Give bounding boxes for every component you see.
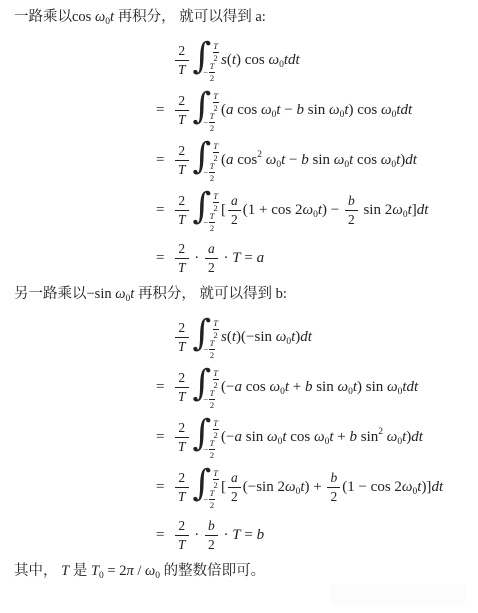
fraction-numerator: T	[209, 339, 216, 349]
cjk-text: 再积分， 就可以得到	[114, 9, 255, 25]
integral-lower-limit: −T2	[203, 339, 219, 359]
fraction: T2	[209, 112, 216, 132]
math-italic: T	[91, 563, 99, 579]
math-italic: ω	[314, 429, 325, 446]
equation-line-a3: =2T∫T2−T2(a cos2 ω0t − b sin ω0t cos ω0t…	[156, 138, 478, 182]
fraction-numerator: 2	[175, 44, 188, 60]
integral-upper-limit: T2	[212, 364, 219, 389]
subscript: 0	[276, 160, 281, 170]
fraction: T2	[212, 142, 219, 162]
fraction-numerator: 2	[175, 194, 188, 210]
math-italic: ω	[95, 9, 105, 25]
equals-sign: =	[156, 102, 173, 119]
fraction-denominator: T	[175, 258, 189, 275]
math-italic: ω	[115, 286, 125, 302]
equation-line-b4: =2T∫T2−T2[a2(−sin 2ω0t) + b2(1 − cos 2ω0…	[156, 465, 478, 509]
math-italic: ω	[267, 429, 278, 446]
math-italic: T	[232, 527, 240, 544]
cjk-text: 其中，	[14, 563, 61, 579]
fraction-numerator: T	[212, 419, 219, 429]
cjk-text: 的整数倍即可。	[160, 563, 265, 579]
integral-upper-limit: T2	[212, 87, 219, 112]
integral-limits: T2−T2	[208, 313, 219, 361]
math-italic: dt	[417, 202, 429, 219]
integral-lower-limit: −T2	[203, 389, 219, 409]
math-roman: ) +	[305, 479, 326, 496]
math-roman: sin	[357, 429, 378, 446]
fraction: T2	[209, 212, 216, 232]
fraction-numerator: 2	[175, 421, 188, 437]
integral-lower-limit: −T2	[203, 162, 219, 182]
integral: ∫T2−T2	[193, 36, 220, 84]
math-italic: b	[297, 102, 305, 119]
math-italic: dt	[411, 429, 423, 446]
math-italic: tdt	[396, 102, 412, 119]
integral-upper-limit: T2	[212, 37, 219, 62]
math-roman: (−sin 2	[243, 479, 285, 496]
math-roman: +	[334, 429, 350, 446]
integral: ∫T2−T2	[193, 186, 220, 234]
minus-sign: −	[203, 217, 208, 227]
equals-sign: =	[156, 202, 173, 219]
subscript: 0	[348, 387, 353, 397]
fraction-numerator: T	[212, 142, 219, 152]
fraction-denominator: 2	[209, 122, 215, 133]
integral: ∫T2−T2	[193, 313, 220, 361]
math-roman: sin	[312, 379, 337, 396]
cjk-text: 另一路乘以	[14, 286, 87, 302]
fraction: T2	[209, 439, 216, 459]
fraction-denominator: 2	[228, 487, 241, 504]
fraction-denominator: T	[175, 437, 189, 454]
fraction: 2T	[175, 471, 189, 503]
subscript: 0	[344, 160, 349, 170]
watermark-box	[330, 584, 466, 605]
math-roman: ) cos	[349, 102, 382, 119]
fraction: 2T	[175, 94, 189, 126]
fraction-denominator: T	[175, 160, 189, 177]
equation-line-b1: 2T∫T2−T2s(t)(−sin ω0t)dt	[156, 315, 478, 359]
math-italic: ω	[381, 152, 392, 169]
integral-upper-limit: T2	[212, 414, 219, 439]
fraction-numerator: T	[209, 439, 216, 449]
subscript: 0	[296, 487, 301, 497]
math-italic: dt	[431, 479, 443, 496]
fraction: T2	[212, 319, 219, 339]
integral-limits: T2−T2	[208, 86, 219, 134]
integral-upper-limit: T2	[212, 314, 219, 339]
math-italic: dt	[300, 329, 312, 346]
math-italic: ω	[387, 429, 398, 446]
math-italic: ω	[276, 329, 287, 346]
fraction-numerator: T	[209, 112, 216, 122]
math-italic: ω	[269, 52, 280, 69]
cjk-text: 再积分， 就可以得到	[134, 286, 275, 302]
math-roman: ) cos	[236, 52, 269, 69]
fraction: T2	[212, 42, 219, 62]
fraction: a2	[228, 471, 241, 503]
fraction: a2	[205, 242, 218, 274]
math-italic: ω	[334, 152, 345, 169]
math-roman: cos	[72, 9, 95, 25]
fraction-denominator: 2	[209, 399, 215, 410]
equation-line-a5: =2T · a2 · T = a	[156, 238, 478, 278]
math-roman: cos	[234, 102, 262, 119]
math-roman: = 2	[104, 563, 127, 579]
fraction-denominator: T	[175, 487, 189, 504]
integral-lower-limit: −T2	[203, 62, 219, 82]
fraction: 2T	[175, 194, 189, 226]
fraction-numerator: T	[209, 162, 216, 172]
math-roman: =	[241, 250, 257, 267]
paragraph-intro-a: 一路乘以cos ω0t 再积分， 就可以得到 a:	[14, 7, 478, 32]
fraction-denominator: T	[175, 337, 189, 354]
subscript: 0	[413, 487, 418, 497]
fraction-denominator: 2	[209, 72, 215, 83]
math-italic: ω	[329, 102, 340, 119]
math-roman: cos	[287, 429, 315, 446]
subscript: 0	[392, 110, 397, 120]
math-italic: a	[234, 379, 242, 396]
fraction-numerator: 2	[175, 371, 188, 387]
fraction-numerator: T	[212, 469, 219, 479]
integral-lower-limit: −T2	[203, 212, 219, 232]
math-roman: ·	[220, 250, 233, 267]
math-italic: ω	[302, 202, 313, 219]
subscript: 0	[286, 337, 291, 347]
math-roman: −sin	[87, 286, 116, 302]
fraction-denominator: 2	[209, 499, 215, 510]
integral-limits: T2−T2	[208, 413, 219, 461]
equation-line-a2: =2T∫T2−T2(a cos ω0t − b sin ω0t) cos ω0t…	[156, 88, 478, 132]
integral-upper-limit: T2	[212, 187, 219, 212]
subscript: 0	[397, 437, 402, 447]
math-italic: ω	[269, 379, 280, 396]
fraction-numerator: a	[228, 471, 241, 487]
math-italic: ω	[261, 102, 272, 119]
superscript: 2	[378, 427, 383, 437]
fraction: 2T	[175, 519, 189, 551]
math-italic: dt	[405, 152, 417, 169]
fraction: T2	[209, 62, 216, 82]
subscript: 0	[279, 60, 284, 70]
equation-line-b3: =2T∫T2−T2(−a sin ω0t cos ω0t + b sin2 ω0…	[156, 415, 478, 459]
fraction-denominator: T	[175, 535, 189, 552]
fraction: T2	[209, 339, 216, 359]
superscript: 2	[257, 150, 262, 160]
fraction: b2	[327, 471, 340, 503]
subscript: 0	[403, 210, 408, 220]
equals-sign: =	[156, 250, 173, 267]
equals-sign: =	[156, 429, 173, 446]
math-roman: cos	[353, 152, 381, 169]
math-italic: a	[234, 429, 242, 446]
math-roman: −	[285, 152, 301, 169]
fraction: T2	[209, 162, 216, 182]
fraction-numerator: T	[209, 389, 216, 399]
math-roman: a:	[255, 9, 265, 25]
math-italic: π	[126, 563, 133, 579]
fraction: T2	[212, 419, 219, 439]
math-roman: =	[241, 527, 257, 544]
fraction-denominator: 2	[327, 487, 340, 504]
fraction: T2	[209, 489, 216, 509]
math-italic: tdt	[402, 379, 418, 396]
fraction-numerator: 2	[175, 519, 188, 535]
fraction-numerator: 2	[175, 144, 188, 160]
minus-sign: −	[203, 394, 208, 404]
math-roman: (−	[221, 379, 234, 396]
subscript: 0	[278, 437, 283, 447]
fraction-numerator: T	[212, 319, 219, 329]
math-roman: +	[289, 379, 305, 396]
equals-sign: =	[156, 379, 173, 396]
fraction: 2T	[175, 421, 189, 453]
math-italic: ω	[145, 563, 155, 579]
fraction-numerator: T	[212, 42, 219, 52]
integral-lower-limit: −T2	[203, 489, 219, 509]
math-italic: b	[257, 527, 265, 544]
minus-sign: −	[203, 117, 208, 127]
minus-sign: −	[203, 494, 208, 504]
fraction-numerator: 2	[175, 471, 188, 487]
integral-limits: T2−T2	[208, 186, 219, 234]
integral-limits: T2−T2	[208, 463, 219, 511]
equation-block-a: 2T∫T2−T2s(t) cos ω0tdt =2T∫T2−T2(a cos ω…	[156, 38, 478, 278]
fraction-numerator: b	[327, 471, 340, 487]
math-italic: ω	[402, 479, 413, 496]
math-roman: (−	[221, 429, 234, 446]
fraction: 2T	[175, 144, 189, 176]
math-roman: sin	[309, 152, 334, 169]
subscript: 0	[391, 160, 396, 170]
equation-line-a4: =2T∫T2−T2[a2(1 + cos 2ω0t) − b2 sin 2ω0t…	[156, 188, 478, 232]
math-roman: cos	[242, 379, 270, 396]
fraction-numerator: b	[345, 194, 358, 210]
fraction-denominator: 2	[209, 349, 215, 360]
subscript: 0	[272, 110, 277, 120]
math-italic: ω	[387, 379, 398, 396]
math-italic: ω	[337, 379, 348, 396]
integral: ∫T2−T2	[193, 463, 220, 511]
equation-line-b2: =2T∫T2−T2(−a cos ω0t + b sin ω0t) sin ω0…	[156, 365, 478, 409]
math-roman: ) sin	[357, 379, 387, 396]
fraction-numerator: a	[205, 242, 218, 258]
math-roman: ·	[191, 527, 204, 544]
minus-sign: −	[203, 67, 208, 77]
fraction-numerator: T	[212, 192, 219, 202]
paragraph-note: 其中， T 是 T0 = 2π / ω0 的整数倍即可。	[14, 561, 478, 586]
fraction: b2	[345, 194, 358, 226]
fraction-denominator: T	[175, 60, 189, 77]
fraction-numerator: 2	[175, 94, 188, 110]
math-roman: [	[221, 202, 226, 219]
equation-line-b5: =2T · b2 · T = b	[156, 515, 478, 555]
integral: ∫T2−T2	[193, 86, 220, 134]
math-roman: cos	[234, 152, 258, 169]
fraction-denominator: 2	[209, 222, 215, 233]
math-italic: ω	[392, 202, 403, 219]
fraction-numerator: 2	[175, 242, 188, 258]
cjk-text: 一路乘以	[14, 9, 72, 25]
fraction-denominator: 2	[228, 210, 241, 227]
fraction: a2	[228, 194, 241, 226]
math-italic: ω	[381, 102, 392, 119]
subscript: 0	[280, 387, 285, 397]
fraction: 2T	[175, 321, 189, 353]
integral-upper-limit: T2	[212, 464, 219, 489]
fraction-denominator: 2	[209, 449, 215, 460]
fraction-numerator: T	[209, 212, 216, 222]
math-roman: b:	[276, 286, 287, 302]
fraction-denominator: 2	[205, 258, 218, 275]
math-roman: sin 2	[360, 202, 393, 219]
integral-limits: T2−T2	[208, 363, 219, 411]
integral: ∫T2−T2	[193, 363, 220, 411]
math-italic: T	[232, 250, 240, 267]
fraction-denominator: T	[175, 110, 189, 127]
math-roman: sin	[304, 102, 329, 119]
fraction-denominator: T	[175, 210, 189, 227]
math-roman: )]	[421, 479, 431, 496]
fraction-denominator: 2	[209, 172, 215, 183]
integral: ∫T2−T2	[193, 136, 220, 184]
subscript: 0	[313, 210, 318, 220]
fraction: 2T	[175, 242, 189, 274]
integral-limits: T2−T2	[208, 36, 219, 84]
integral-limits: T2−T2	[208, 136, 219, 184]
fraction: b2	[205, 519, 218, 551]
math-roman: ·	[220, 527, 233, 544]
fraction-numerator: T	[212, 92, 219, 102]
fraction: T2	[212, 369, 219, 389]
math-italic: T	[61, 563, 69, 579]
fraction-numerator: T	[209, 62, 216, 72]
math-roman: (1 − cos 2	[342, 479, 402, 496]
fraction-denominator: 2	[205, 535, 218, 552]
math-italic: ω	[266, 152, 277, 169]
math-italic: ω	[285, 479, 296, 496]
fraction: T2	[209, 389, 216, 409]
fraction-denominator: 2	[345, 210, 358, 227]
subscript: 0	[398, 387, 403, 397]
subscript: 0	[340, 110, 345, 120]
fraction: 2T	[175, 44, 189, 76]
math-italic: a	[257, 250, 265, 267]
math-italic: a	[226, 102, 234, 119]
math-roman: [	[221, 479, 226, 496]
integral-upper-limit: T2	[212, 137, 219, 162]
integral-lower-limit: −T2	[203, 439, 219, 459]
cjk-text: 是	[69, 563, 91, 579]
fraction: 2T	[175, 371, 189, 403]
fraction-numerator: 2	[175, 321, 188, 337]
math-roman: ) −	[322, 202, 343, 219]
math-italic: b	[350, 429, 358, 446]
math-italic: a	[226, 152, 234, 169]
fraction-numerator: T	[212, 369, 219, 379]
fraction-numerator: b	[205, 519, 218, 535]
fraction: T2	[212, 469, 219, 489]
fraction-denominator: T	[175, 387, 189, 404]
math-roman: (1 + cos 2	[243, 202, 303, 219]
math-roman: )(−sin	[236, 329, 276, 346]
minus-sign: −	[203, 444, 208, 454]
math-roman: /	[134, 563, 145, 579]
equals-sign: =	[156, 479, 173, 496]
math-italic: b	[305, 379, 313, 396]
math-roman: sin	[242, 429, 267, 446]
equation-line-a1: 2T∫T2−T2s(t) cos ω0tdt	[156, 38, 478, 82]
math-roman: ·	[191, 250, 204, 267]
equals-sign: =	[156, 152, 173, 169]
equation-block-b: 2T∫T2−T2s(t)(−sin ω0t)dt =2T∫T2−T2(−a co…	[156, 315, 478, 555]
fraction-numerator: a	[228, 194, 241, 210]
subscript: 0	[325, 437, 330, 447]
fraction-numerator: T	[209, 489, 216, 499]
paragraph-intro-b: 另一路乘以−sin ω0t 再积分， 就可以得到 b:	[14, 284, 478, 309]
equals-sign: =	[156, 527, 173, 544]
fraction: T2	[212, 92, 219, 112]
math-roman: −	[281, 102, 297, 119]
minus-sign: −	[203, 344, 208, 354]
minus-sign: −	[203, 167, 208, 177]
integral-lower-limit: −T2	[203, 112, 219, 132]
math-italic: b	[301, 152, 309, 169]
math-italic: tdt	[284, 52, 300, 69]
document-page: 一路乘以cos ω0t 再积分， 就可以得到 a: 2T∫T2−T2s(t) c…	[0, 0, 478, 613]
fraction: T2	[212, 192, 219, 212]
integral: ∫T2−T2	[193, 413, 220, 461]
